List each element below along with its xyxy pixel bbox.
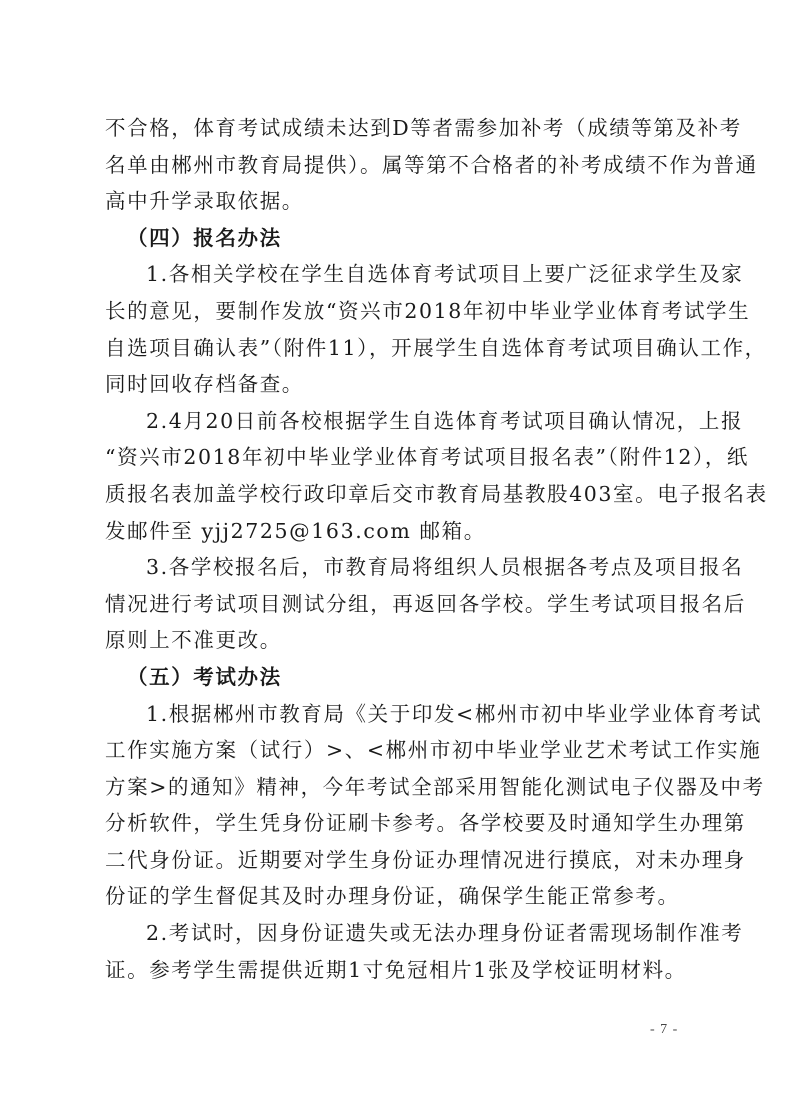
text-line: 长的意见，要制作发放“资兴市2018年初中毕业学业体育考试学生	[105, 293, 690, 330]
text-line: 发邮件至 yjj2725@163.com 邮箱。	[105, 513, 690, 550]
text-line: 自选项目确认表”（附件11），开展学生自选体育考试项目确认工作，	[105, 330, 690, 367]
text-line: 情况进行考试项目测试分组，再返回各学校。学生考试项目报名后	[105, 586, 690, 623]
paragraph-exam-item-2: 2.考试时，因身份证遗失或无法办理身份证者需现场制作准考 证。参考学生需提供近期…	[105, 915, 690, 988]
heading-text: （五）考试办法	[105, 659, 690, 696]
section-heading-exam-method: （五）考试办法	[105, 659, 690, 696]
text-line: 2.考试时，因身份证遗失或无法办理身份证者需现场制作准考	[105, 915, 690, 952]
document-page: 不合格，体育考试成绩未达到D等者需参加补考（成绩等第及补考 名单由郴州市教育局提…	[0, 0, 790, 1117]
text-line: 二代身份证。近期要对学生身份证办理情况进行摸底，对未办理身	[105, 842, 690, 879]
text-line: 质报名表加盖学校行政印章后交市教育局基教股403室。电子报名表	[105, 476, 690, 513]
text-line: “资兴市2018年初中毕业学业体育考试项目报名表”（附件12），纸	[105, 439, 690, 476]
text-line: 原则上不准更改。	[105, 622, 690, 659]
paragraph-exam-item-1: 1.根据郴州市教育局《关于印发<郴州市初中毕业学业体育考试 工作实施方案（试行）…	[105, 696, 690, 916]
text-line: 份证的学生督促其及时办理身份证，确保学生能正常参考。	[105, 878, 690, 915]
text-line: 2.4月20日前各校根据学生自选体育考试项目确认情况，上报	[105, 403, 690, 440]
text-line: 不合格，体育考试成绩未达到D等者需参加补考（成绩等第及补考	[105, 110, 690, 147]
text-line: 名单由郴州市教育局提供）。属等第不合格者的补考成绩不作为普通	[105, 147, 690, 184]
text-line: 3.各学校报名后，市教育局将组织人员根据各考点及项目报名	[105, 549, 690, 586]
heading-text: （四）报名办法	[105, 220, 690, 257]
paragraph-continued: 不合格，体育考试成绩未达到D等者需参加补考（成绩等第及补考 名单由郴州市教育局提…	[105, 110, 690, 220]
text-line: 1.根据郴州市教育局《关于印发<郴州市初中毕业学业体育考试	[105, 696, 690, 733]
document-body: 不合格，体育考试成绩未达到D等者需参加补考（成绩等第及补考 名单由郴州市教育局提…	[105, 110, 690, 988]
text-line: 分析软件，学生凭身份证刷卡参考。各学校要及时通知学生办理第	[105, 805, 690, 842]
section-heading-registration: （四）报名办法	[105, 220, 690, 257]
page-number: - 7 -	[650, 1022, 678, 1038]
text-line: 方案>的通知》精神，今年考试全部采用智能化测试电子仪器及中考	[105, 769, 690, 806]
paragraph-registration-item-2: 2.4月20日前各校根据学生自选体育考试项目确认情况，上报 “资兴市2018年初…	[105, 403, 690, 549]
text-line: 同时回收存档备查。	[105, 366, 690, 403]
text-line: 1.各相关学校在学生自选体育考试项目上要广泛征求学生及家	[105, 256, 690, 293]
text-line: 工作实施方案（试行）>、<郴州市初中毕业学业艺术考试工作实施	[105, 732, 690, 769]
paragraph-registration-item-1: 1.各相关学校在学生自选体育考试项目上要广泛征求学生及家 长的意见，要制作发放“…	[105, 256, 690, 402]
text-line: 高中升学录取依据。	[105, 183, 690, 220]
text-line: 证。参考学生需提供近期1寸免冠相片1张及学校证明材料。	[105, 952, 690, 989]
paragraph-registration-item-3: 3.各学校报名后，市教育局将组织人员根据各考点及项目报名 情况进行考试项目测试分…	[105, 549, 690, 659]
